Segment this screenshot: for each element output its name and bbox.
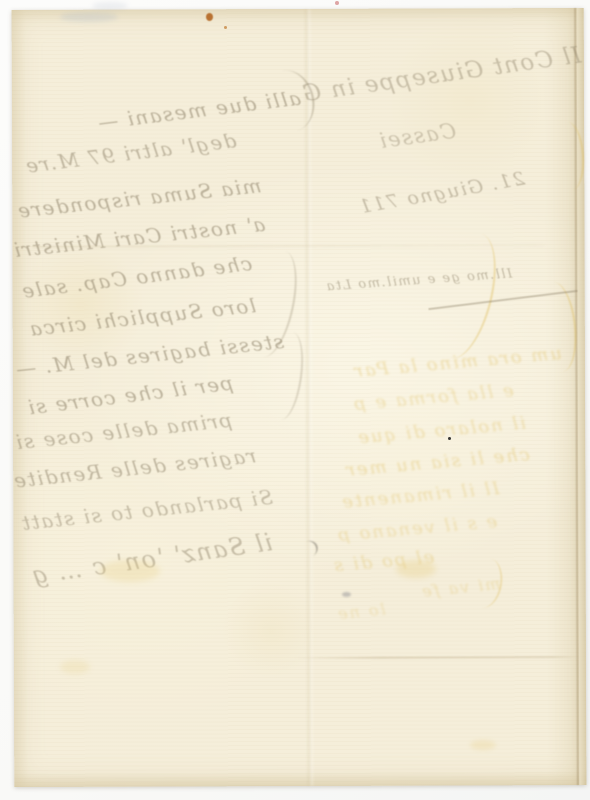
horizontal-fold-crease-faint: [32, 244, 544, 248]
manuscript-page: [12, 8, 587, 787]
right-fold-crease: [574, 8, 580, 785]
horizontal-fold-crease: [294, 656, 580, 659]
center-fold-crease: [304, 9, 315, 786]
pink-dot: [335, 1, 339, 5]
right-edge-shade: [577, 8, 587, 785]
scanner-background: Il Cont Giuseppe in GCassei21. Giugno 71…: [0, 0, 590, 800]
